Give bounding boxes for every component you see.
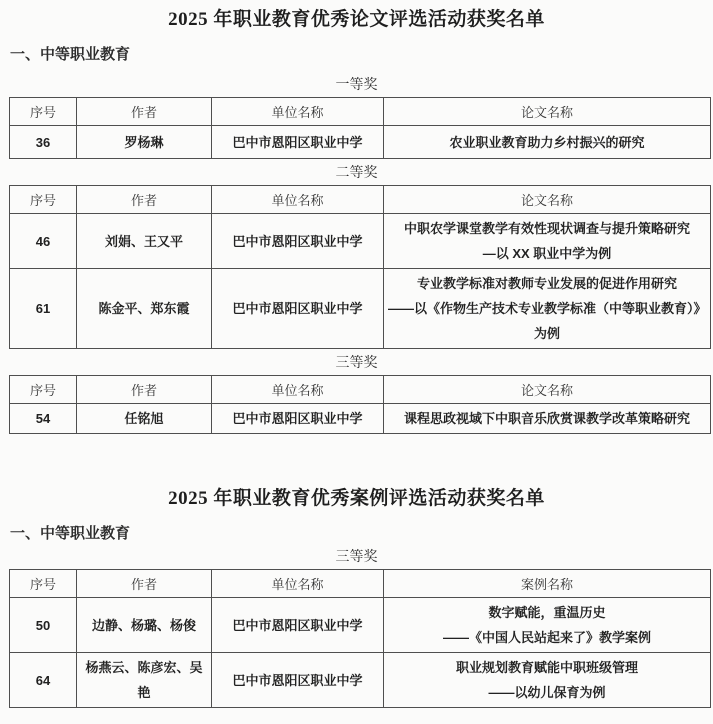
page: { "documents": [ { "title": "2025 年职业教育优… — [0, 0, 713, 724]
table-header-row: 序号 作者 单位名称 论文名称 — [10, 376, 711, 404]
header-unit: 单位名称 — [212, 186, 384, 214]
cell-case-title: 职业规划教育赋能中职班级管理 ——以幼儿保育为例 — [384, 653, 711, 708]
award-label-third-prize: 三等奖 — [0, 355, 713, 373]
paper-awards-document: 2025 年职业教育优秀论文评选活动获奖名单 一、中等职业教育 一等奖 序号 作… — [0, 9, 713, 434]
header-author: 作者 — [77, 570, 212, 598]
award-label-third-prize: 三等奖 — [0, 549, 713, 567]
cell-unit: 巴中市恩阳区职业中学 — [212, 269, 384, 349]
header-paper-title: 论文名称 — [384, 98, 711, 126]
header-serial: 序号 — [10, 570, 77, 598]
document-sheet: 2025 年职业教育优秀论文评选活动获奖名单 一、中等职业教育 一等奖 序号 作… — [0, 0, 713, 708]
cell-serial: 50 — [10, 598, 77, 653]
table-row: 61 陈金平、郑东霞 巴中市恩阳区职业中学 专业教学标准对教师专业发展的促进作用… — [10, 269, 711, 349]
case-title-line: ——《中国人民站起来了》教学案例 — [388, 625, 706, 650]
table-row: 54 任铭旭 巴中市恩阳区职业中学 课程思政视域下中职音乐欣赏课教学改革策略研究 — [10, 404, 711, 434]
paper-title-line: 中职农学课堂教学有效性现状调查与提升策略研究 — [388, 216, 706, 241]
header-paper-title: 论文名称 — [384, 186, 711, 214]
header-paper-title: 论文名称 — [384, 376, 711, 404]
cell-serial: 36 — [10, 126, 77, 159]
cell-unit: 巴中市恩阳区职业中学 — [212, 214, 384, 269]
document-title: 2025 年职业教育优秀论文评选活动获奖名单 — [0, 9, 713, 30]
header-serial: 序号 — [10, 98, 77, 126]
cell-unit: 巴中市恩阳区职业中学 — [212, 404, 384, 434]
cell-unit: 巴中市恩阳区职业中学 — [212, 653, 384, 708]
table-header-row: 序号 作者 单位名称 论文名称 — [10, 98, 711, 126]
paper-title-line: 专业教学标准对教师专业发展的促进作用研究 — [388, 271, 706, 296]
table-row: 36 罗杨琳 巴中市恩阳区职业中学 农业职业教育助力乡村振兴的研究 — [10, 126, 711, 159]
paper-title-line: 农业职业教育助力乡村振兴的研究 — [388, 130, 706, 155]
paper-title-line: 为例 — [388, 321, 706, 346]
cell-unit: 巴中市恩阳区职业中学 — [212, 126, 384, 159]
header-author: 作者 — [77, 376, 212, 404]
cell-serial: 61 — [10, 269, 77, 349]
cell-author: 任铭旭 — [77, 404, 212, 434]
case-title-line: 职业规划教育赋能中职班级管理 — [388, 655, 706, 680]
cell-paper-title: 课程思政视域下中职音乐欣赏课教学改革策略研究 — [384, 404, 711, 434]
header-unit: 单位名称 — [212, 98, 384, 126]
table-header-row: 序号 作者 单位名称 案例名称 — [10, 570, 711, 598]
cell-serial: 64 — [10, 653, 77, 708]
second-prize-table: 序号 作者 单位名称 论文名称 46 刘娟、王又平 巴中市恩阳区职业中学 中职农… — [9, 185, 711, 349]
cell-author: 边静、杨璐、杨俊 — [77, 598, 212, 653]
paper-title-line: ——以《作物生产技术专业教学标准（中等职业教育）》 — [388, 296, 706, 321]
cell-paper-title: 农业职业教育助力乡村振兴的研究 — [384, 126, 711, 159]
header-author: 作者 — [77, 98, 212, 126]
award-label-first-prize: 一等奖 — [0, 77, 713, 95]
header-serial: 序号 — [10, 376, 77, 404]
table-row: 50 边静、杨璐、杨俊 巴中市恩阳区职业中学 数字赋能，重温历史 ——《中国人民… — [10, 598, 711, 653]
first-prize-table: 序号 作者 单位名称 论文名称 36 罗杨琳 巴中市恩阳区职业中学 农业职业教育… — [9, 97, 711, 159]
header-author: 作者 — [77, 186, 212, 214]
case-title-line: ——以幼儿保育为例 — [388, 680, 706, 705]
document-title: 2025 年职业教育优秀案例评选活动获奖名单 — [0, 488, 713, 509]
case-third-prize-table: 序号 作者 单位名称 案例名称 50 边静、杨璐、杨俊 巴中市恩阳区职业中学 数… — [9, 569, 711, 708]
header-case-title: 案例名称 — [384, 570, 711, 598]
award-label-second-prize: 二等奖 — [0, 165, 713, 183]
cell-author: 陈金平、郑东霞 — [77, 269, 212, 349]
cell-paper-title: 中职农学课堂教学有效性现状调查与提升策略研究 —以 XX 职业中学为例 — [384, 214, 711, 269]
cell-author: 杨燕云、陈彦宏、吴艳 — [77, 653, 212, 708]
cell-serial: 46 — [10, 214, 77, 269]
section-heading: 一、中等职业教育 — [10, 46, 713, 64]
paper-title-line: —以 XX 职业中学为例 — [388, 241, 706, 266]
case-awards-document: 2025 年职业教育优秀案例评选活动获奖名单 一、中等职业教育 三等奖 序号 作… — [0, 488, 713, 708]
header-unit: 单位名称 — [212, 376, 384, 404]
case-title-line: 数字赋能，重温历史 — [388, 600, 706, 625]
header-serial: 序号 — [10, 186, 77, 214]
third-prize-table: 序号 作者 单位名称 论文名称 54 任铭旭 巴中市恩阳区职业中学 课程思政视域… — [9, 375, 711, 434]
table-header-row: 序号 作者 单位名称 论文名称 — [10, 186, 711, 214]
cell-paper-title: 专业教学标准对教师专业发展的促进作用研究 ——以《作物生产技术专业教学标准（中等… — [384, 269, 711, 349]
paper-title-line: 课程思政视域下中职音乐欣赏课教学改革策略研究 — [388, 406, 706, 431]
cell-author: 刘娟、王又平 — [77, 214, 212, 269]
cell-case-title: 数字赋能，重温历史 ——《中国人民站起来了》教学案例 — [384, 598, 711, 653]
table-row: 64 杨燕云、陈彦宏、吴艳 巴中市恩阳区职业中学 职业规划教育赋能中职班级管理 … — [10, 653, 711, 708]
section-heading: 一、中等职业教育 — [10, 525, 713, 543]
cell-author: 罗杨琳 — [77, 126, 212, 159]
cell-unit: 巴中市恩阳区职业中学 — [212, 598, 384, 653]
header-unit: 单位名称 — [212, 570, 384, 598]
cell-serial: 54 — [10, 404, 77, 434]
table-row: 46 刘娟、王又平 巴中市恩阳区职业中学 中职农学课堂教学有效性现状调查与提升策… — [10, 214, 711, 269]
